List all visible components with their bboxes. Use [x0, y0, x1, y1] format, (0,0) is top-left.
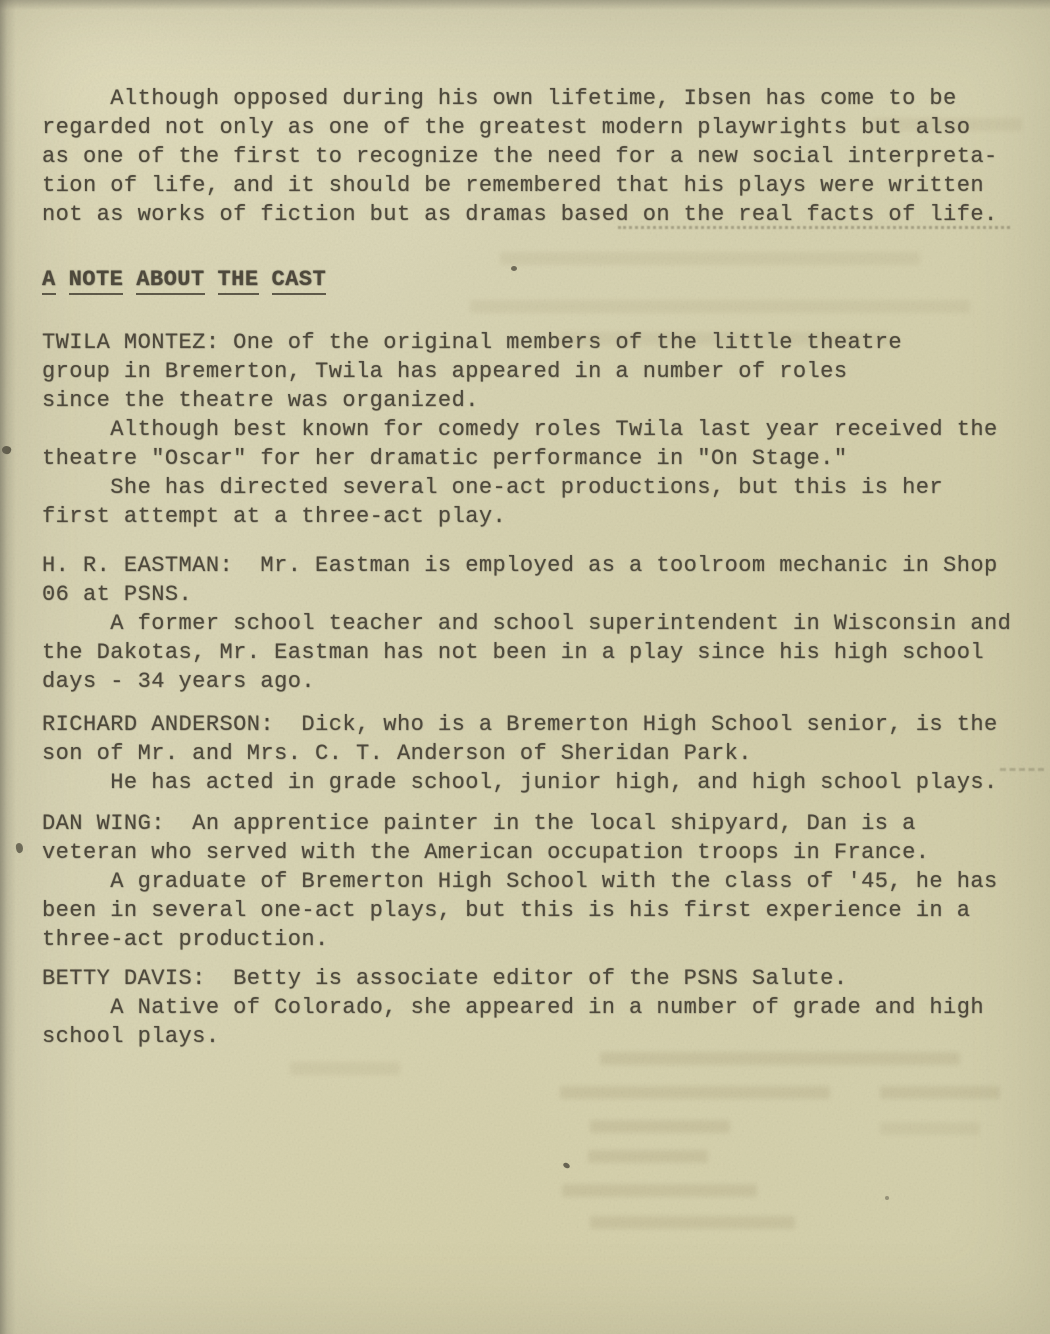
ink-speck — [562, 1162, 571, 1170]
bleedthrough-line — [560, 1086, 830, 1099]
scan-edge-shadow-top — [0, 0, 1050, 10]
heading-word: THE — [218, 267, 259, 295]
bleedthrough-line — [590, 1216, 795, 1229]
typed-text-block: Although opposed during his own lifetime… — [42, 84, 1012, 1051]
cast-note-betty-davis: BETTY DAVIS: Betty is associate editor o… — [42, 964, 1012, 1051]
bleedthrough-line — [590, 1120, 730, 1133]
bleedthrough-line — [588, 1150, 708, 1163]
bleedthrough-line — [880, 1122, 980, 1135]
stray-ink-mark — [1, 445, 12, 456]
intro-paragraph: Although opposed during his own lifetime… — [42, 84, 1012, 229]
bleedthrough-line — [290, 1062, 400, 1075]
bleedthrough-line — [880, 1086, 1000, 1099]
heading-word: CAST — [272, 267, 327, 295]
cast-note-richard-anderson: RICHARD ANDERSON: Dick, who is a Bremert… — [42, 710, 1012, 797]
heading-word: ABOUT — [136, 267, 204, 295]
cast-note-twila-montez: TWILA MONTEZ: One of the original member… — [42, 328, 1012, 531]
scan-edge-shadow-left — [0, 0, 16, 1334]
scanned-page: Although opposed during his own lifetime… — [0, 0, 1050, 1334]
bleedthrough-line — [600, 1052, 960, 1065]
heading-word: A — [42, 267, 56, 295]
section-heading: ANOTEABOUTTHECAST — [42, 265, 1012, 294]
stray-ink-mark — [15, 842, 24, 853]
bleedthrough-line — [562, 1184, 757, 1197]
ink-speck — [885, 1196, 889, 1200]
heading-word: NOTE — [69, 267, 124, 295]
cast-note-h-r-eastman: H. R. EASTMAN: Mr. Eastman is employed a… — [42, 551, 1012, 696]
cast-note-dan-wing: DAN WING: An apprentice painter in the l… — [42, 809, 1012, 954]
